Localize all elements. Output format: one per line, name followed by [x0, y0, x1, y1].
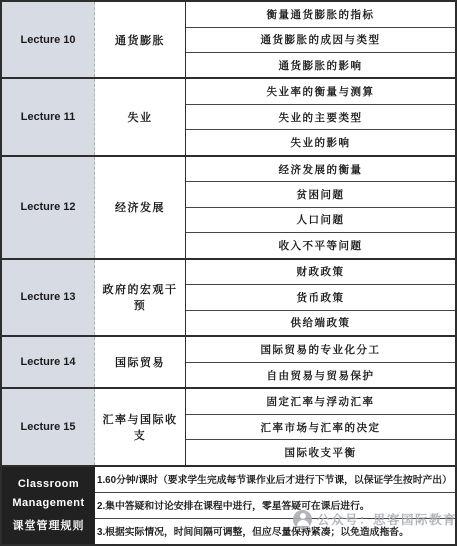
classroom-management-title-en-2: Management: [12, 497, 84, 509]
lecture-subtopics: 经济发展的衡量贫困问题人口问题收入不平等问题: [186, 157, 455, 258]
subtopic-cell: 供给端政策: [186, 310, 455, 336]
lecture-topic: 失业: [95, 79, 186, 154]
lecture-row: Lecture 14 国际贸易 国际贸易的专业化分工自由贸易与贸易保护: [2, 335, 455, 387]
subtopic-cell: 失业的影响: [186, 129, 455, 155]
classroom-rule: 2.集中答疑和讨论安排在课程中进行，零星答疑可在课后进行。: [95, 492, 455, 518]
subtopic-cell: 国际贸易的专业化分工: [186, 337, 455, 362]
subtopic-cell: 经济发展的衡量: [186, 157, 455, 181]
subtopic-cell: 贫困问题: [186, 181, 455, 206]
classroom-management-title-en-1: Classroom: [18, 478, 79, 490]
subtopic-cell: 财政政策: [186, 260, 455, 285]
subtopic-cell: 通货膨胀的成因与类型: [186, 27, 455, 53]
subtopic-cell: 收入不平等问题: [186, 232, 455, 257]
lecture-row: Lecture 10 通货膨胀 衡量通货膨胀的指标通货膨胀的成因与类型通货膨胀的…: [2, 2, 455, 77]
subtopic-cell: 自由贸易与贸易保护: [186, 362, 455, 388]
lecture-label: Lecture 12: [2, 157, 95, 258]
lecture-label: Lecture 13: [2, 260, 95, 335]
lecture-subtopics: 失业率的衡量与测算失业的主要类型失业的影响: [186, 79, 455, 154]
lecture-label: Lecture 14: [2, 337, 95, 387]
classroom-rule: 1.60分钟/课时（要求学生完成每节课作业后才进行下节课，以保证学生按时产出）: [95, 467, 455, 492]
lecture-topic: 通货膨胀: [95, 2, 186, 77]
subtopic-cell: 汇率市场与汇率的决定: [186, 414, 455, 440]
lecture-topic: 经济发展: [95, 157, 186, 258]
lecture-label: Lecture 11: [2, 79, 95, 154]
classroom-rules-list: 1.60分钟/课时（要求学生完成每节课作业后才进行下节课，以保证学生按时产出）2…: [95, 467, 455, 544]
subtopic-cell: 通货膨胀的影响: [186, 52, 455, 78]
lecture-topic: 国际贸易: [95, 337, 186, 387]
lecture-groups: Lecture 10 通货膨胀 衡量通货膨胀的指标通货膨胀的成因与类型通货膨胀的…: [2, 2, 455, 465]
lecture-subtopics: 固定汇率与浮动汇率汇率市场与汇率的决定国际收支平衡: [186, 389, 455, 464]
lecture-topic: 汇率与国际收支: [95, 389, 186, 464]
classroom-management-section: Classroom Management 课堂管理规则 1.60分钟/课时（要求…: [2, 465, 455, 544]
subtopic-cell: 人口问题: [186, 207, 455, 232]
lecture-label: Lecture 15: [2, 389, 95, 464]
classroom-management-title-cn: 课堂管理规则: [13, 517, 85, 533]
subtopic-cell: 国际收支平衡: [186, 439, 455, 465]
classroom-rule: 3.根据实际情况，时间间隔可调整，但应尽量保持紧凑；以免造成拖沓。: [95, 518, 455, 544]
subtopic-cell: 货币政策: [186, 284, 455, 310]
lecture-row: Lecture 15 汇率与国际收支 固定汇率与浮动汇率汇率市场与汇率的决定国际…: [2, 387, 455, 464]
classroom-management-header: Classroom Management 课堂管理规则: [2, 467, 95, 544]
subtopic-cell: 衡量通货膨胀的指标: [186, 2, 455, 27]
lecture-topic: 政府的宏观干预: [95, 260, 186, 335]
subtopic-cell: 失业的主要类型: [186, 104, 455, 130]
subtopic-cell: 固定汇率与浮动汇率: [186, 389, 455, 414]
lecture-subtopics: 国际贸易的专业化分工自由贸易与贸易保护: [186, 337, 455, 387]
lecture-row: Lecture 12 经济发展 经济发展的衡量贫困问题人口问题收入不平等问题: [2, 155, 455, 258]
course-schedule-table: Lecture 10 通货膨胀 衡量通货膨胀的指标通货膨胀的成因与类型通货膨胀的…: [0, 0, 457, 546]
lecture-subtopics: 衡量通货膨胀的指标通货膨胀的成因与类型通货膨胀的影响: [186, 2, 455, 77]
subtopic-cell: 失业率的衡量与测算: [186, 79, 455, 104]
lecture-label: Lecture 10: [2, 2, 95, 77]
lecture-row: Lecture 11 失业 失业率的衡量与测算失业的主要类型失业的影响: [2, 77, 455, 154]
lecture-subtopics: 财政政策货币政策供给端政策: [186, 260, 455, 335]
lecture-row: Lecture 13 政府的宏观干预 财政政策货币政策供给端政策: [2, 258, 455, 335]
